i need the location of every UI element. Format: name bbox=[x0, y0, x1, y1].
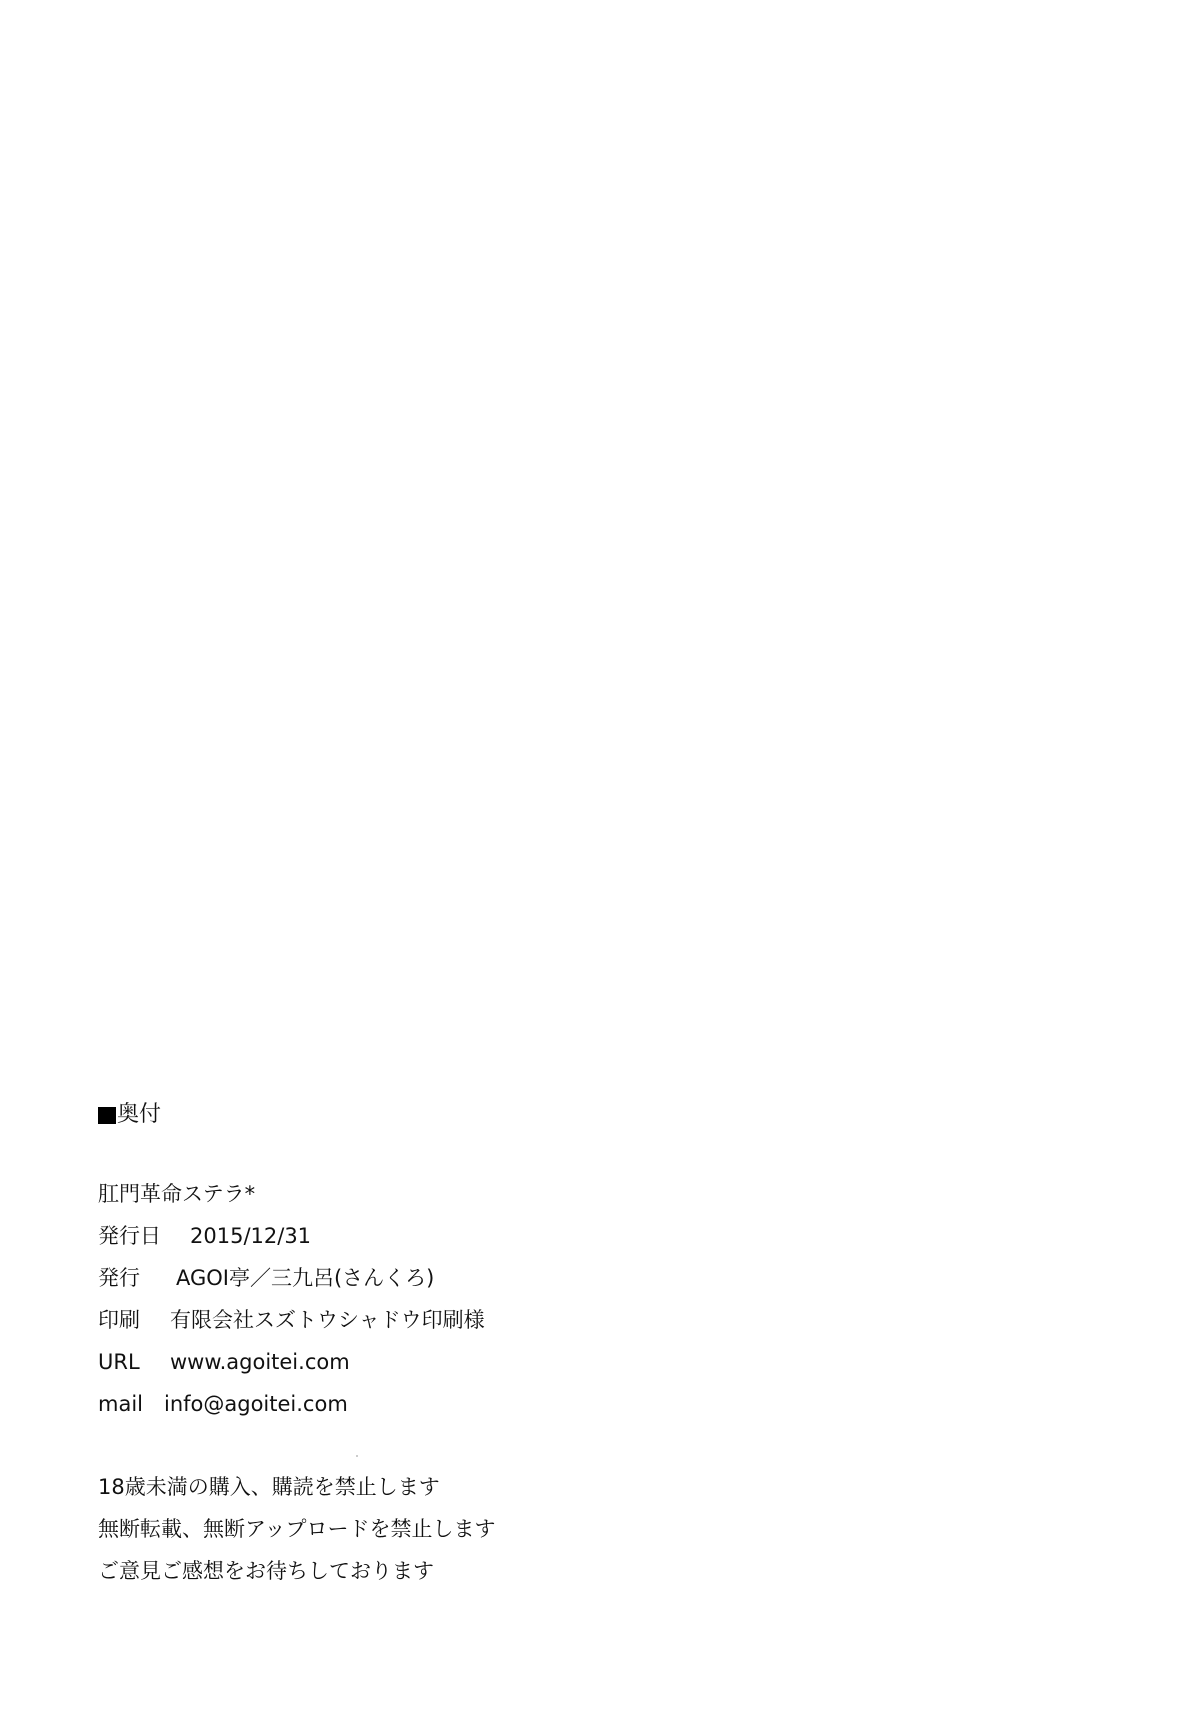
mail-label: mail bbox=[98, 1390, 164, 1418]
publish-date-value: 2015/12/31 bbox=[190, 1222, 311, 1250]
publish-date-label: 発行日 bbox=[98, 1222, 190, 1250]
printer-label: 印刷 bbox=[98, 1306, 170, 1334]
mail-value: info@agoitei.com bbox=[164, 1390, 348, 1418]
mail-row: mailinfo@agoitei.com bbox=[98, 1390, 348, 1418]
scan-speck bbox=[356, 1455, 358, 1457]
page: 奥付 肛門革命ステラ* 発行日2015/12/31 発行AGOI亭／三九呂(さん… bbox=[0, 0, 1200, 1714]
url-label: URL bbox=[98, 1348, 170, 1376]
publish-date-row: 発行日2015/12/31 bbox=[98, 1222, 311, 1250]
publisher-row: 発行AGOI亭／三九呂(さんくろ) bbox=[98, 1264, 434, 1292]
notice-no-reproduction: 無断転載、無断アップロードを禁止します bbox=[98, 1515, 496, 1543]
notice-feedback: ご意見ご感想をお待ちしております bbox=[98, 1557, 434, 1585]
publisher-value: AGOI亭／三九呂(さんくろ) bbox=[176, 1264, 434, 1292]
notice-age-restriction: 18歳未満の購入、購読を禁止します bbox=[98, 1473, 440, 1501]
colophon-heading-text: 奥付 bbox=[117, 1100, 161, 1130]
black-square-icon bbox=[98, 1107, 116, 1124]
book-title: 肛門革命ステラ* bbox=[98, 1180, 255, 1208]
url-value: www.agoitei.com bbox=[170, 1348, 350, 1376]
printer-row: 印刷有限会社スズトウシャドウ印刷様 bbox=[98, 1306, 485, 1334]
publisher-label: 発行 bbox=[98, 1264, 176, 1292]
printer-value: 有限会社スズトウシャドウ印刷様 bbox=[170, 1306, 485, 1334]
url-row: URLwww.agoitei.com bbox=[98, 1348, 350, 1376]
colophon-heading: 奥付 bbox=[98, 1100, 161, 1130]
